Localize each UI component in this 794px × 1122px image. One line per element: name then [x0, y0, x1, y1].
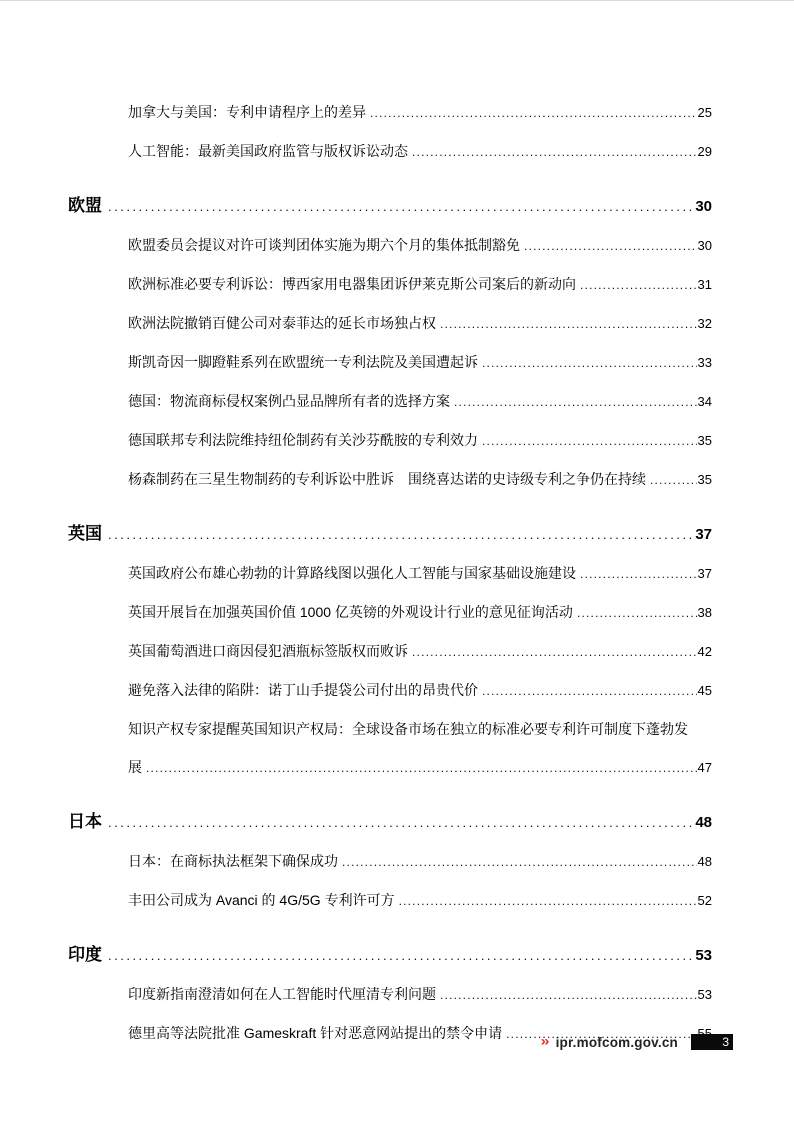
dot-leader	[580, 266, 697, 304]
toc-entry-page-number: 35	[698, 422, 712, 460]
toc-section-page-number: 53	[695, 937, 712, 975]
toc-entry-last-line: 杨森制药在三星生物制药的专利诉讼中胜诉 围绕喜达诺的史诗级专利之争仍在持续35	[128, 460, 712, 499]
toc-entry[interactable]: 人工智能：最新美国政府监管与版权诉讼动态29	[68, 132, 712, 171]
page-number-badge: 3	[691, 1034, 733, 1050]
toc-entry-last-line: 加拿大与美国：专利申请程序上的差异25	[128, 93, 712, 132]
dot-leader	[482, 672, 697, 710]
toc-section-header[interactable]: 英国37	[68, 515, 712, 554]
dot-leader	[440, 976, 697, 1014]
dot-leader	[412, 633, 697, 671]
toc-entry-title: 欧洲标准必要专利诉讼：博西家用电器集团诉伊莱克斯公司案后的新动向	[128, 265, 576, 303]
toc-section-title: 印度	[68, 936, 102, 974]
toc-section-page-number: 30	[695, 188, 712, 226]
toc-entry-title: 杨森制药在三星生物制药的专利诉讼中胜诉 围绕喜达诺的史诗级专利之争仍在持续	[128, 460, 646, 498]
toc: 加拿大与美国：专利申请程序上的差异25人工智能：最新美国政府监管与版权诉讼动态2…	[68, 93, 712, 1053]
dot-leader	[108, 804, 692, 842]
toc-entry[interactable]: 欧盟委员会提议对许可谈判团体实施为期六个月的集体抵制豁免30	[68, 226, 712, 265]
toc-entry-page-number: 37	[698, 555, 712, 593]
dot-leader	[454, 383, 697, 421]
toc-entry[interactable]: 丰田公司成为 Avanci 的 4G/5G 专利许可方52	[68, 881, 712, 920]
toc-entry-page-number: 32	[698, 305, 712, 343]
toc-section-title: 日本	[68, 803, 102, 841]
toc-section-header[interactable]: 欧盟30	[68, 187, 712, 226]
dot-leader	[399, 882, 697, 920]
dot-leader	[482, 422, 697, 460]
toc-entry-last-line: 展47	[128, 748, 712, 787]
dot-leader	[650, 461, 697, 499]
toc-entry-last-line: 丰田公司成为 Avanci 的 4G/5G 专利许可方52	[128, 881, 712, 920]
toc-entry-page-number: 47	[698, 749, 712, 787]
toc-entry[interactable]: 英国开展旨在加强英国价值 1000 亿英镑的外观设计行业的意见征询活动38	[68, 593, 712, 632]
toc-entry-last-line: 英国开展旨在加强英国价值 1000 亿英镑的外观设计行业的意见征询活动38	[128, 593, 712, 632]
toc-section-title: 英国	[68, 515, 102, 553]
toc-entry-title: 英国政府公布雄心勃勃的计算路线图以强化人工智能与国家基础设施建设	[128, 554, 576, 592]
toc-entry[interactable]: 欧洲法院撤销百健公司对泰菲达的延长市场独占权32	[68, 304, 712, 343]
toc-entry-last-line: 英国葡萄酒进口商因侵犯酒瓶标签版权而败诉42	[128, 632, 712, 671]
dot-leader	[146, 749, 697, 787]
toc-entry-last-line: 印度新指南澄清如何在人工智能时代厘清专利问题53	[128, 975, 712, 1014]
toc-entry-page-number: 53	[698, 976, 712, 1014]
dot-leader	[108, 516, 692, 554]
dot-leader	[580, 555, 697, 593]
toc-entry-last-line: 欧洲法院撤销百健公司对泰菲达的延长市场独占权32	[128, 304, 712, 343]
toc-page: 加拿大与美国：专利申请程序上的差异25人工智能：最新美国政府监管与版权诉讼动态2…	[0, 0, 794, 1122]
toc-entry[interactable]: 避免落入法律的陷阱：诺丁山手提袋公司付出的昂贵代价45	[68, 671, 712, 710]
toc-section-header[interactable]: 日本48	[68, 803, 712, 842]
toc-entry-title: 丰田公司成为 Avanci 的 4G/5G 专利许可方	[128, 881, 395, 919]
dot-leader	[524, 227, 697, 265]
toc-entry-last-line: 欧洲标准必要专利诉讼：博西家用电器集团诉伊莱克斯公司案后的新动向31	[128, 265, 712, 304]
toc-entry-page-number: 31	[698, 266, 712, 304]
toc-entry-page-number: 45	[698, 672, 712, 710]
toc-entry-page-number: 48	[698, 843, 712, 881]
dot-leader	[108, 188, 692, 226]
toc-entry[interactable]: 日本：在商标执法框架下确保成功48	[68, 842, 712, 881]
toc-entry-page-number: 42	[698, 633, 712, 671]
toc-entry-title: 德里高等法院批准 Gameskraft 针对恶意网站提出的禁令申请	[128, 1014, 502, 1052]
toc-entry[interactable]: 加拿大与美国：专利申请程序上的差异25	[68, 93, 712, 132]
toc-entry[interactable]: 斯凯奇因一脚蹬鞋系列在欧盟统一专利法院及美国遭起诉33	[68, 343, 712, 382]
toc-entry-page-number: 33	[698, 344, 712, 382]
dot-leader	[577, 594, 697, 632]
page-number: 3	[722, 1036, 729, 1048]
toc-entry[interactable]: 知识产权专家提醒英国知识产权局：全球设备市场在独立的标准必要专利许可制度下蓬勃发…	[68, 710, 712, 787]
toc-entry-page-number: 30	[698, 227, 712, 265]
toc-entry[interactable]: 德国：物流商标侵权案例凸显品牌所有者的选择方案34	[68, 382, 712, 421]
toc-entry-title: 斯凯奇因一脚蹬鞋系列在欧盟统一专利法院及美国遭起诉	[128, 343, 478, 381]
toc-entry-page-number: 52	[698, 882, 712, 920]
footer-site-url[interactable]: ipr.mofcom.gov.cn	[556, 1035, 678, 1050]
toc-entry-last-line: 英国政府公布雄心勃勃的计算路线图以强化人工智能与国家基础设施建设37	[128, 554, 712, 593]
toc-entry-title: 印度新指南澄清如何在人工智能时代厘清专利问题	[128, 975, 436, 1013]
toc-entry-page-number: 35	[698, 461, 712, 499]
toc-entry-title: 德国联邦专利法院维持纽伦制药有关沙芬酰胺的专利效力	[128, 421, 478, 459]
toc-entry-title: 人工智能：最新美国政府监管与版权诉讼动态	[128, 132, 408, 170]
toc-entry-title: 展	[128, 748, 142, 786]
toc-entry-last-line: 德国：物流商标侵权案例凸显品牌所有者的选择方案34	[128, 382, 712, 421]
page-footer: » ipr.mofcom.gov.cn 3	[541, 1032, 733, 1052]
dot-leader	[440, 305, 697, 343]
toc-entry-title: 欧洲法院撤销百健公司对泰菲达的延长市场独占权	[128, 304, 436, 342]
toc-entry-title: 英国开展旨在加强英国价值 1000 亿英镑的外观设计行业的意见征询活动	[128, 593, 573, 631]
toc-entry-last-line: 德国联邦专利法院维持纽伦制药有关沙芬酰胺的专利效力35	[128, 421, 712, 460]
dot-leader	[342, 843, 697, 881]
toc-entry-page-number: 29	[698, 133, 712, 171]
toc-entry-page-number: 38	[698, 594, 712, 632]
toc-entry-title: 加拿大与美国：专利申请程序上的差异	[128, 93, 366, 131]
dot-leader	[482, 344, 697, 382]
dot-leader	[108, 937, 692, 975]
toc-entry-title: 英国葡萄酒进口商因侵犯酒瓶标签版权而败诉	[128, 632, 408, 670]
toc-entry[interactable]: 德国联邦专利法院维持纽伦制药有关沙芬酰胺的专利效力35	[68, 421, 712, 460]
chevron-right-icon: »	[541, 1035, 549, 1049]
toc-entry-page-number: 34	[698, 383, 712, 421]
toc-entry-title-line: 知识产权专家提醒英国知识产权局：全球设备市场在独立的标准必要专利许可制度下蓬勃发	[128, 710, 712, 748]
toc-entry-title: 德国：物流商标侵权案例凸显品牌所有者的选择方案	[128, 382, 450, 420]
dot-leader	[412, 133, 697, 171]
toc-entry-title: 避免落入法律的陷阱：诺丁山手提袋公司付出的昂贵代价	[128, 671, 478, 709]
toc-section-header[interactable]: 印度53	[68, 936, 712, 975]
toc-entry[interactable]: 英国政府公布雄心勃勃的计算路线图以强化人工智能与国家基础设施建设37	[68, 554, 712, 593]
toc-entry-last-line: 日本：在商标执法框架下确保成功48	[128, 842, 712, 881]
toc-entry[interactable]: 欧洲标准必要专利诉讼：博西家用电器集团诉伊莱克斯公司案后的新动向31	[68, 265, 712, 304]
toc-section-page-number: 48	[695, 804, 712, 842]
dot-leader	[370, 94, 697, 132]
toc-entry-last-line: 人工智能：最新美国政府监管与版权诉讼动态29	[128, 132, 712, 171]
toc-entry-title: 欧盟委员会提议对许可谈判团体实施为期六个月的集体抵制豁免	[128, 226, 520, 264]
toc-entry-last-line: 欧盟委员会提议对许可谈判团体实施为期六个月的集体抵制豁免30	[128, 226, 712, 265]
toc-entry-page-number: 25	[698, 94, 712, 132]
toc-section-title: 欧盟	[68, 187, 102, 225]
toc-section-page-number: 37	[695, 516, 712, 554]
toc-entry-last-line: 避免落入法律的陷阱：诺丁山手提袋公司付出的昂贵代价45	[128, 671, 712, 710]
toc-entry[interactable]: 英国葡萄酒进口商因侵犯酒瓶标签版权而败诉42	[68, 632, 712, 671]
toc-entry[interactable]: 印度新指南澄清如何在人工智能时代厘清专利问题53	[68, 975, 712, 1014]
toc-entry-last-line: 斯凯奇因一脚蹬鞋系列在欧盟统一专利法院及美国遭起诉33	[128, 343, 712, 382]
toc-entry[interactable]: 杨森制药在三星生物制药的专利诉讼中胜诉 围绕喜达诺的史诗级专利之争仍在持续35	[68, 460, 712, 499]
toc-entry-title: 日本：在商标执法框架下确保成功	[128, 842, 338, 880]
